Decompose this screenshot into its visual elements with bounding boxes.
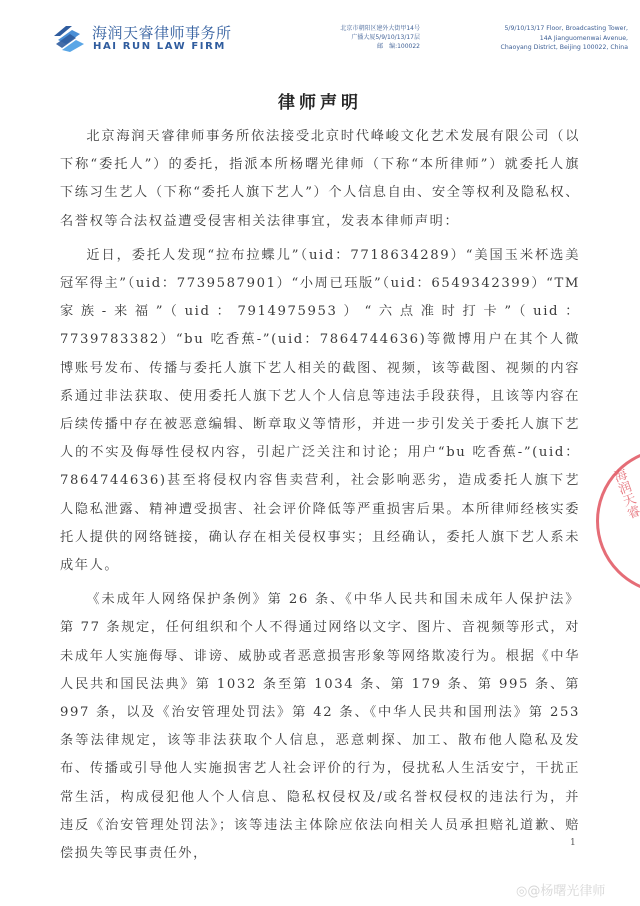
address-en: 5/9/10/13/17 Floor, Broadcasting Tower, … [452, 24, 628, 53]
paragraph-intro: 北京海润天睿律师事务所依法接受北京时代峰峻文化艺术发展有限公司（以下称“委托人”… [60, 123, 580, 236]
letterhead: 海润天睿律师事务所 HAI RUN LAW FIRM 北京市朝阳区建外大街甲14… [0, 0, 640, 70]
paragraph-facts: 近日，委托人发现“拉布拉蝶儿”（uid：7718634289）“美国玉米杯选美冠… [60, 242, 580, 580]
firm-name-en: HAI RUN LAW FIRM [93, 41, 226, 52]
firm-name-cn: 海润天睿律师事务所 [92, 22, 232, 43]
firm-logo-icon [52, 22, 86, 54]
address-cn: 北京市朝阳区建外大街甲14号 广播大厦5/9/10/13/17层 邮 编:100… [340, 24, 420, 51]
document-title: 律师声明 [0, 88, 640, 113]
weibo-watermark: ◎@杨曙光律师 [516, 880, 605, 899]
page-number: 1 [570, 838, 576, 848]
paragraph-legal-basis: 《未成年人网络保护条例》第 26 条、《中华人民共和国未成年人保护法》第 77 … [60, 586, 580, 868]
document-body: 北京海润天睿律师事务所依法接受北京时代峰峻文化艺术发展有限公司（以下称“委托人”… [60, 123, 580, 874]
